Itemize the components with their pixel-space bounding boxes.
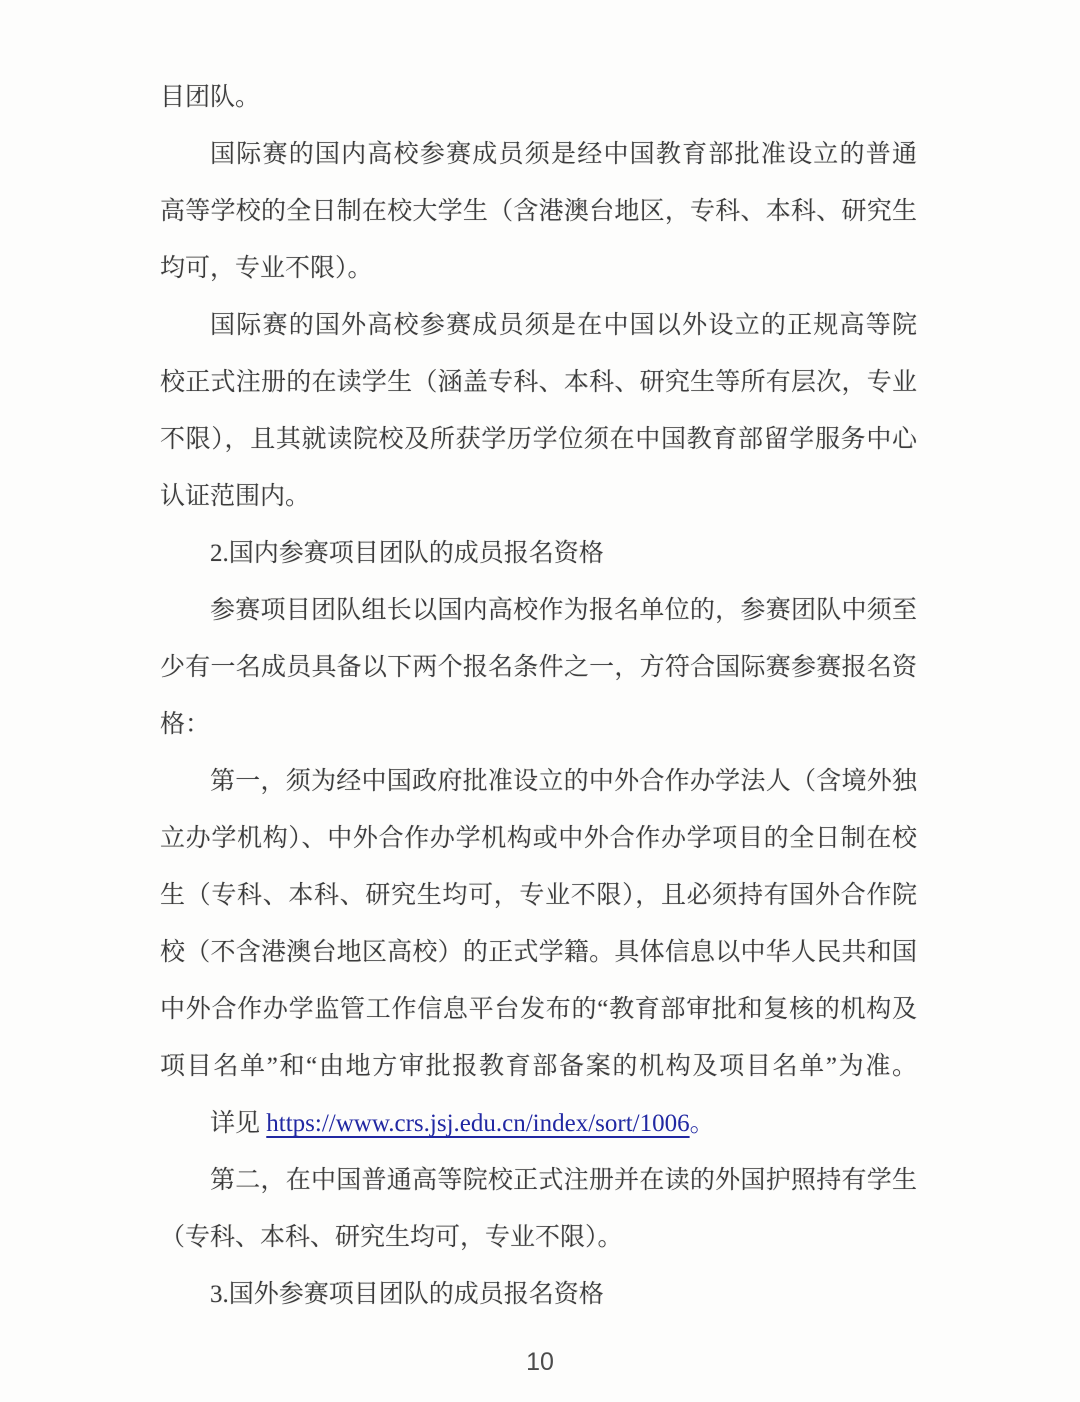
text-line: 项目名单”和“由地方审批报教育部备案的机构及项目名单”为准。 (160, 1038, 917, 1095)
page-footer: 10 (0, 1348, 1080, 1377)
text-line: 国际赛的国外高校参赛成员须是在中国以外设立的正规高等院 (160, 297, 917, 354)
text-line: 格： (160, 696, 917, 753)
text-line: 第一，须为经中国政府批准设立的中外合作办学法人（含境外独 (160, 753, 917, 810)
text-line: 均可，专业不限）。 (160, 240, 917, 297)
text-line: （专科、本科、研究生均可，专业不限）。 (160, 1209, 917, 1266)
text-line: 校（不含港澳台地区高校）的正式学籍。具体信息以中华人民共和国 (160, 924, 917, 981)
text-line: 立办学机构）、中外合作办学机构或中外合作办学项目的全日制在校 (160, 810, 917, 867)
text-line: 不限），且其就读院校及所获学历学位须在中国教育部留学服务中心 (160, 411, 917, 468)
text-line: 校正式注册的在读学生（涵盖专科、本科、研究生等所有层次，专业 (160, 354, 917, 411)
document-page: 目团队。 国际赛的国内高校参赛成员须是经中国教育部批准设立的普通 高等学校的全日… (0, 0, 1080, 1402)
link-suffix: 。 (690, 1110, 715, 1137)
section-3-heading: 3.国外参赛项目团队的成员报名资格 (160, 1266, 917, 1323)
text-line: 生（专科、本科、研究生均可，专业不限），且必须持有国外合作院 (160, 867, 917, 924)
page-number: 10 (526, 1348, 554, 1376)
text-line: 国际赛的国内高校参赛成员须是经中国教育部批准设立的普通 (160, 126, 917, 183)
crs-jsj-link[interactable]: https://www.crs.jsj.edu.cn/index/sort/10… (266, 1110, 689, 1137)
document-body: 目团队。 国际赛的国内高校参赛成员须是经中国教育部批准设立的普通 高等学校的全日… (160, 69, 917, 1323)
link-prefix-label: 详见 (210, 1110, 266, 1137)
text-line: 中外合作办学监管工作信息平台发布的“教育部审批和复核的机构及 (160, 981, 917, 1038)
detail-link-line: 详见 https://www.crs.jsj.edu.cn/index/sort… (160, 1095, 917, 1152)
text-line: 目团队。 (160, 69, 917, 126)
text-line: 高等学校的全日制在校大学生（含港澳台地区，专科、本科、研究生 (160, 183, 917, 240)
section-2-heading: 2.国内参赛项目团队的成员报名资格 (160, 525, 917, 582)
text-line: 参赛项目团队组长以国内高校作为报名单位的，参赛团队中须至 (160, 582, 917, 639)
text-line: 第二，在中国普通高等院校正式注册并在读的外国护照持有学生 (160, 1152, 917, 1209)
text-line: 认证范围内。 (160, 468, 917, 525)
text-line: 少有一名成员具备以下两个报名条件之一，方符合国际赛参赛报名资 (160, 639, 917, 696)
